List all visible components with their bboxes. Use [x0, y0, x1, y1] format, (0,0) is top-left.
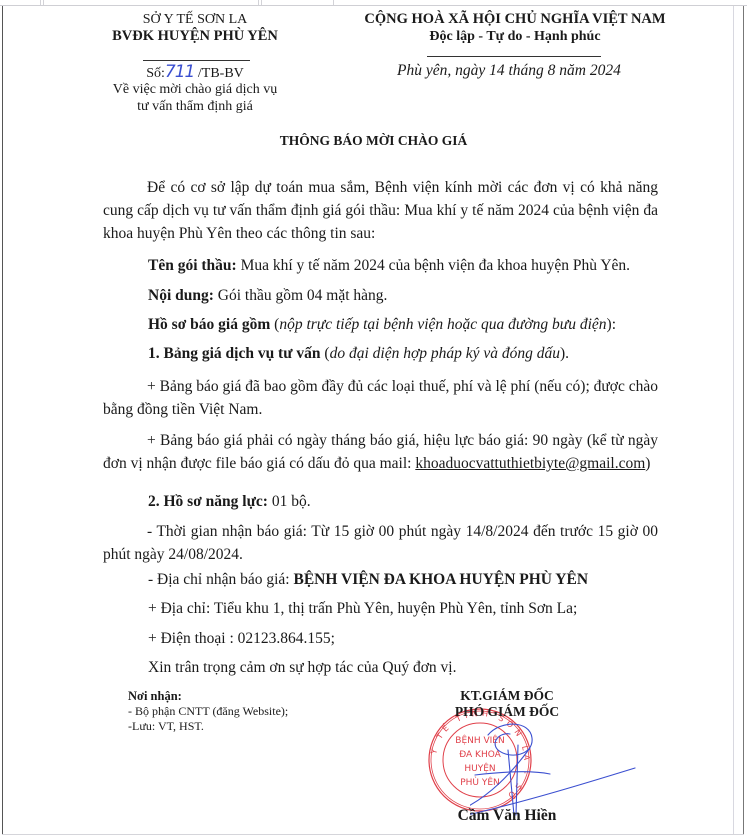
receive-time-paragraph: - Thời gian nhận báo giá: Từ 15 giờ 00 p…	[103, 520, 658, 566]
national-header: CỘNG HOÀ XÃ HỘI CHỦ NGHĨA VIỆT NAM Độc l…	[335, 11, 695, 45]
place-date: Phù yên, ngày 14 tháng 8 năm 2024	[397, 62, 621, 80]
doc-number-suffix: /TB-BV	[198, 66, 244, 81]
receive-time-text: - Thời gian nhận báo giá: Từ 15 giờ 00 p…	[103, 520, 658, 566]
document-title: THÔNG BÁO MỜI CHÀO GIÁ	[0, 133, 747, 149]
phone-label: + Điện thoại	[148, 630, 226, 647]
receive-address-value: BỆNH VIỆN ĐA KHOA HUYỆN PHÙ YÊN	[293, 571, 588, 588]
subject-line: tư vấn thẩm định giá	[100, 98, 290, 115]
address-value: : Tiểu khu 1, thị trấn Phù Yên, huyện Ph…	[206, 600, 577, 617]
red-stamp-icon: Y TẾ TỈNH SƠN LA · SỞ BỆNH VIỆN ĐA KHOA …	[425, 705, 535, 815]
toolbar-separator	[333, 0, 334, 5]
handwritten-signature-icon	[470, 720, 640, 820]
svg-text:Y TẾ TỈNH SƠN LA · SỞ: Y TẾ TỈNH SƠN LA · SỞ	[429, 708, 531, 805]
doc-number-label: Số:	[146, 66, 165, 81]
bullet2-text: + Bảng báo giá phải có ngày tháng báo gi…	[103, 429, 658, 475]
address-label: + Địa chỉ	[148, 600, 206, 618]
toolbar-separator	[40, 0, 41, 5]
paren: (	[270, 316, 279, 333]
item1-note: do đại diện hợp pháp ký và đóng dấu	[330, 345, 560, 362]
email-link[interactable]: khoaduocvattuthietbiyte@gmail.com	[415, 455, 645, 472]
package-name-label: Tên gói thầu:	[148, 257, 237, 274]
issuer-header: SỞ Y TẾ SƠN LA BVĐK HUYỆN PHÙ YÊN	[100, 11, 290, 45]
page-border-bottom	[2, 834, 744, 835]
item2-label: 2. Hồ sơ năng lực:	[148, 493, 268, 510]
address-line: + Địa chỉ: Tiểu khu 1, thị trấn Phù Yên,…	[148, 600, 577, 618]
dossier-line: Hồ sơ báo giá gồm (nộp trực tiếp tại bện…	[148, 316, 616, 334]
intro-paragraph: Để có cơ sở lập dự toán mua sắm, Bệnh vi…	[103, 176, 658, 245]
signer-name: Cầm Văn Hiền	[400, 807, 614, 825]
doc-number-handwritten: 711	[165, 62, 194, 82]
dossier-label: Hồ sơ báo giá gồm	[148, 316, 270, 333]
package-content-value: Gói thầu gồm 04 mặt hàng.	[214, 287, 388, 304]
svg-text:PHÙ YÊN: PHÙ YÊN	[460, 776, 500, 788]
svg-text:BỆNH VIỆN: BỆNH VIỆN	[455, 734, 504, 746]
item2-line: 2. Hồ sơ năng lực: 01 bộ.	[148, 493, 311, 511]
paren: ):	[607, 316, 616, 333]
item1-label: 1. Bảng giá dịch vụ tư vấn	[148, 345, 321, 362]
intro-text: Để có cơ sở lập dự toán mua sắm, Bệnh vi…	[103, 176, 658, 245]
receive-address-label: - Địa chỉ nhận báo giá:	[148, 571, 293, 588]
country-name: CỘNG HOÀ XÃ HỘI CHỦ NGHĨA VIỆT NAM	[335, 11, 695, 28]
page-border-left	[2, 6, 3, 834]
position-label: PHÓ GIÁM ĐỐC	[400, 704, 614, 720]
toolbar-separator	[258, 0, 259, 5]
svg-text:HUYỆN: HUYỆN	[464, 762, 495, 774]
recipient-item: -Lưu: VT, HST.	[128, 719, 288, 734]
on-behalf-label: KT.GIÁM ĐỐC	[400, 688, 614, 704]
recipients-block: Nơi nhận: - Bộ phận CNTT (đăng Website);…	[128, 689, 288, 734]
recipients-label: Nơi nhận:	[128, 689, 288, 704]
recipient-item: - Bộ phận CNTT (đăng Website);	[128, 704, 288, 719]
page-border-right	[733, 6, 734, 834]
paren: )	[645, 455, 650, 472]
package-name-line: Tên gói thầu: Mua khí y tế năm 2024 của …	[148, 257, 630, 275]
viewer-top-bar	[0, 0, 747, 6]
phone-value: : 02123.864.155;	[226, 630, 335, 647]
bullet1-text: + Bảng báo giá đã bao gồm đầy đủ các loạ…	[103, 375, 658, 421]
header-underline-right	[427, 56, 601, 57]
closing-line: Xin trân trọng cảm ơn sự hợp tác của Quý…	[148, 659, 456, 677]
paren: (	[321, 345, 330, 362]
bullet2-paragraph: + Bảng báo giá phải có ngày tháng báo gi…	[103, 429, 658, 475]
toolbar-separator	[43, 0, 44, 5]
national-motto: Độc lập - Tự do - Hạnh phúc	[335, 28, 695, 45]
package-name-value: Mua khí y tế năm 2024 của bệnh viện đa k…	[237, 257, 630, 274]
organization-name: BVĐK HUYỆN PHÙ YÊN	[100, 28, 290, 45]
item2-value: 01 bộ.	[268, 493, 311, 510]
paren: ).	[560, 345, 569, 362]
phone-line: + Điện thoại : 02123.864.155;	[148, 630, 335, 648]
ministry-name: SỞ Y TẾ SƠN LA	[100, 11, 290, 28]
package-content-label: Nội dung:	[148, 287, 214, 304]
header-underline-left	[143, 60, 250, 61]
dossier-note: nộp trực tiếp tại bệnh viện hoặc qua đườ…	[279, 316, 606, 333]
package-content-line: Nội dung: Gói thầu gồm 04 mặt hàng.	[148, 287, 387, 305]
item1-line: 1. Bảng giá dịch vụ tư vấn (do đại diện …	[148, 345, 569, 363]
receive-address-line: - Địa chỉ nhận báo giá: BỆNH VIỆN ĐA KHO…	[148, 571, 588, 589]
bullet1-paragraph: + Bảng báo giá đã bao gồm đầy đủ các loạ…	[103, 375, 658, 421]
document-number: Số:711 /TB-BV	[100, 64, 290, 82]
svg-text:ĐA KHOA: ĐA KHOA	[459, 750, 501, 760]
subject-line: Về việc mời chào giá dịch vụ	[100, 81, 290, 98]
toolbar-separator	[261, 0, 262, 5]
viewer-scrollbar-edge[interactable]	[743, 6, 744, 834]
document-subject: Về việc mời chào giá dịch vụ tư vấn thẩm…	[100, 81, 290, 115]
signatory-title: KT.GIÁM ĐỐC PHÓ GIÁM ĐỐC	[400, 688, 614, 720]
